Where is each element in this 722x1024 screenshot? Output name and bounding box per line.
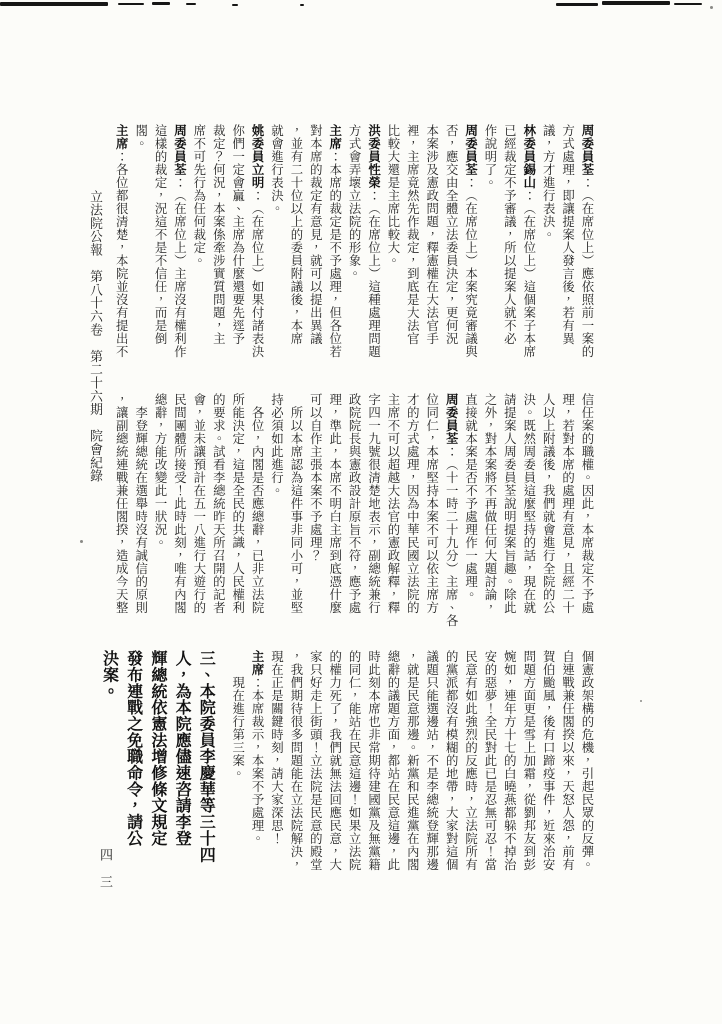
text-column: 主席：本席的裁定是不予處理，但各位若 bbox=[324, 124, 343, 353]
text-column: 這樣的裁定，況這不是不信任，而是倒 bbox=[150, 124, 169, 353]
scan-artifact bbox=[0, 2, 108, 6]
text-column: 民間團體所接受！此時此刻，唯有內閣 bbox=[169, 393, 188, 622]
speaker-name: 周委員荃 bbox=[444, 393, 458, 445]
scan-artifact bbox=[152, 2, 170, 5]
text-column: 請提案人周委員荃說明提案旨趣。除此 bbox=[499, 393, 518, 622]
scan-artifact bbox=[602, 1, 670, 5]
text-column: 賀伯颱風，後有口蹄疫事件，近來治安 bbox=[538, 650, 557, 879]
text-column: 個憲政架構的危機，引起民眾的反彈。 bbox=[577, 650, 596, 879]
scan-artifact bbox=[640, 700, 642, 702]
text-column: 政院院長與憲政設計原旨不符，應予處 bbox=[344, 393, 363, 622]
text-column: 位同仁，本席堅持本案不可以依主席方 bbox=[421, 393, 440, 622]
text-column: 所能決定，這是全民的共識，人民權利 bbox=[227, 393, 246, 622]
scan-artifact bbox=[186, 3, 196, 5]
text-column: 主席不可以超越大法官的憲政解釋，釋 bbox=[383, 393, 402, 622]
gazette-page: 立法院公報 第八十六卷 第二十六期 院會紀錄 四三 周委員荃：（在席位上）應依照… bbox=[0, 0, 722, 1024]
text-column: 才的方式處理，因為中華民國立法院的 bbox=[402, 393, 421, 622]
text-column: 問題方面更是雪上加霜，從劉邦友到彭 bbox=[518, 650, 537, 879]
motion-title-column: 三、本院委員李慶華等三十四 bbox=[193, 650, 217, 879]
text-column: 理，若對本席的處理有意見，且經二十 bbox=[557, 393, 576, 622]
text-column: 李登輝總統在選舉時沒有誠信的原則 bbox=[130, 393, 149, 622]
text-column: 閣。 bbox=[130, 124, 149, 353]
speaker-name: 周委員荃 bbox=[172, 124, 186, 176]
text-column: 家只好走上街頭！立法院是民意的殿堂 bbox=[305, 650, 324, 879]
text-column: 作說明了。 bbox=[480, 124, 499, 353]
text-column: 周委員荃：（在席位上）本案究竟審議與 bbox=[460, 124, 479, 353]
speaker-name: 主席 bbox=[114, 124, 128, 150]
text-column: 比較大還是主席比較大。 bbox=[383, 124, 402, 353]
text-column: 裡，主席竟然先作裁定，到底是大法官 bbox=[402, 124, 421, 353]
text-column: ，並有二十位以上的委員附議後，本席 bbox=[286, 124, 305, 353]
text-column: 現在進行第三案。 bbox=[227, 650, 246, 879]
text-column: 就會進行表決。 bbox=[266, 124, 285, 353]
text-column: 否，應交由全體立法委員決定，更何況 bbox=[441, 124, 460, 353]
text-column: 自連戰兼任閣揆以來，天怒人怨，前有 bbox=[557, 650, 576, 879]
text-column: ，我們期待很多問題能在立法院解決， bbox=[286, 650, 305, 879]
text-column: 洪委員性榮：（在席位上）這種處理問題 bbox=[363, 124, 382, 353]
speaker-name: 姚委員立明 bbox=[250, 124, 264, 189]
running-head: 立法院公報 第八十六卷 第二十六期 院會紀錄 bbox=[86, 190, 105, 483]
text-column: 姚委員立明：（在席位上）如果付諸表決 bbox=[247, 124, 266, 353]
speech-band-3: 個憲政架構的危機，引起民眾的反彈。自連戰兼任閣揆以來，天怒人怨，前有賀伯颱風，後… bbox=[96, 650, 596, 879]
text-column: 理，準此，本席不明白主席到底憑什麼 bbox=[324, 393, 343, 622]
scan-artifact bbox=[674, 3, 702, 5]
speech-band-2: 信任案的職權。因此，本席裁定不予處理，若對本席的處理有意見，且經二十人以上附議後… bbox=[111, 393, 596, 622]
motion-title-column: 發布連戰之免職命令，請公 bbox=[120, 650, 144, 879]
text-column: 可以自作主張本案不予處理？ bbox=[305, 393, 324, 622]
text-column: 對本席的裁定有意見，就可以提出異議 bbox=[305, 124, 324, 353]
text-column: 會，並未讓預計在五一八進行大遊行的 bbox=[188, 393, 207, 622]
text-column: 周委員荃：（在席位上）主席沒有權利作 bbox=[169, 124, 188, 353]
text-column: 的同仁，能站在民意這邊！如果立法院 bbox=[344, 650, 363, 879]
text-column: 林委員錫山：（在席位上）這個案子本席 bbox=[518, 124, 537, 353]
text-column: 之外，對本案將不再做任何大題討論， bbox=[480, 393, 499, 622]
text-column: 持必須如此進行。 bbox=[266, 393, 285, 622]
text-column: 議，方才進行表決。 bbox=[538, 124, 557, 353]
text-column: 信任案的職權。因此，本席裁定不予處 bbox=[577, 393, 596, 622]
text-column: 總辭，方能改變此一狀況。 bbox=[150, 393, 169, 622]
speaker-name: 主席 bbox=[250, 650, 264, 676]
scan-artifact bbox=[710, 6, 713, 9]
text-column: 時此刻本席也非常期待建國黨及無黨籍 bbox=[363, 650, 382, 879]
text-column: 主席：本席裁示，本案不予處理。 bbox=[247, 650, 266, 879]
scan-artifact bbox=[118, 3, 144, 5]
text-column: 席不可先行為任何裁定。 bbox=[188, 124, 207, 353]
scan-artifact bbox=[300, 4, 304, 6]
text-column: 主席：各位都很清楚，本院並沒有提出不 bbox=[111, 124, 130, 353]
text-column: 總辭的議題方面，都站在民意這邊，此 bbox=[383, 650, 402, 879]
text-column: 現在正是關鍵時刻，請大家深思！ bbox=[266, 650, 285, 879]
text-column: 周委員荃：（在席位上）應依照前一案的 bbox=[577, 124, 596, 353]
text-column: ，就是民意那邊。新黨和民進黨在內閣 bbox=[402, 650, 421, 879]
motion-title-column: 人，為本院應儘速咨請李登 bbox=[169, 650, 193, 879]
scan-artifact bbox=[556, 3, 598, 6]
text-column: 已經裁定不予審議，所以提案人就不必 bbox=[499, 124, 518, 353]
text-column: ，讓副總統連戰兼任閣揆，造成今天整 bbox=[111, 393, 130, 622]
text-column: 方式會弄壞立法院的形象。 bbox=[344, 124, 363, 353]
text-column: 方式處理，即讓提案人發言後，若有異 bbox=[557, 124, 576, 353]
text-column: 你們一定會贏、主席為什麼還要先逕予 bbox=[227, 124, 246, 353]
text-column: 的要求。試看李總統昨天所召開的記者 bbox=[208, 393, 227, 622]
scan-artifact bbox=[80, 540, 83, 543]
text-column: 本案涉及憲政問題，釋憲權在大法官手 bbox=[421, 124, 440, 353]
text-column: 人以上附議後，我們就會進行全院的公 bbox=[538, 393, 557, 622]
speech-band-1: 周委員荃：（在席位上）應依照前一案的方式處理，即讓提案人發言後，若有異議，方才進… bbox=[111, 124, 596, 353]
text-column: 字四一九號很清楚地表示，副總統兼行 bbox=[363, 393, 382, 622]
speaker-name: 洪委員性榮 bbox=[367, 124, 381, 189]
text-column: 直接就本案是否不予處理作一處理。 bbox=[460, 393, 479, 622]
text-column: 安的惡夢！全民對此已是忍無可忍！當 bbox=[480, 650, 499, 879]
motion-title-column: 決案。 bbox=[96, 650, 120, 879]
speaker-name: 周委員荃 bbox=[580, 124, 594, 176]
text-column: 議題只能選邊站，不是李總統登輝那邊 bbox=[421, 650, 440, 879]
motion-title-column: 輝總統依憲法增修條文規定 bbox=[145, 650, 169, 879]
speaker-name: 主席 bbox=[328, 124, 342, 150]
text-column: 民意有如此強烈的反應時，立法院所有 bbox=[460, 650, 479, 879]
text-column: 婉如，連年方十七的白曉燕都躲不掉治 bbox=[499, 650, 518, 879]
text-column: 所以本席認為這件事非同小可，並堅 bbox=[286, 393, 305, 622]
text-column: 周委員荃：（十一時二十九分）主席、各 bbox=[441, 393, 460, 622]
text-column: 的黨派都沒有模糊的地帶，大家對這個 bbox=[441, 650, 460, 879]
scan-artifact bbox=[232, 4, 238, 6]
text-column: 的權力死了，我們就無法回應民意，大 bbox=[324, 650, 343, 879]
speaker-name: 林委員錫山 bbox=[522, 124, 536, 189]
text-column: 決。既然周委員這麼堅持的話，現在就 bbox=[518, 393, 537, 622]
text-column: 各位，內閣是否應總辭，已非立法院 bbox=[247, 393, 266, 622]
speaker-name: 周委員荃 bbox=[464, 124, 478, 176]
text-column: 裁定？何況，本案係牽涉實質問題，主 bbox=[208, 124, 227, 353]
